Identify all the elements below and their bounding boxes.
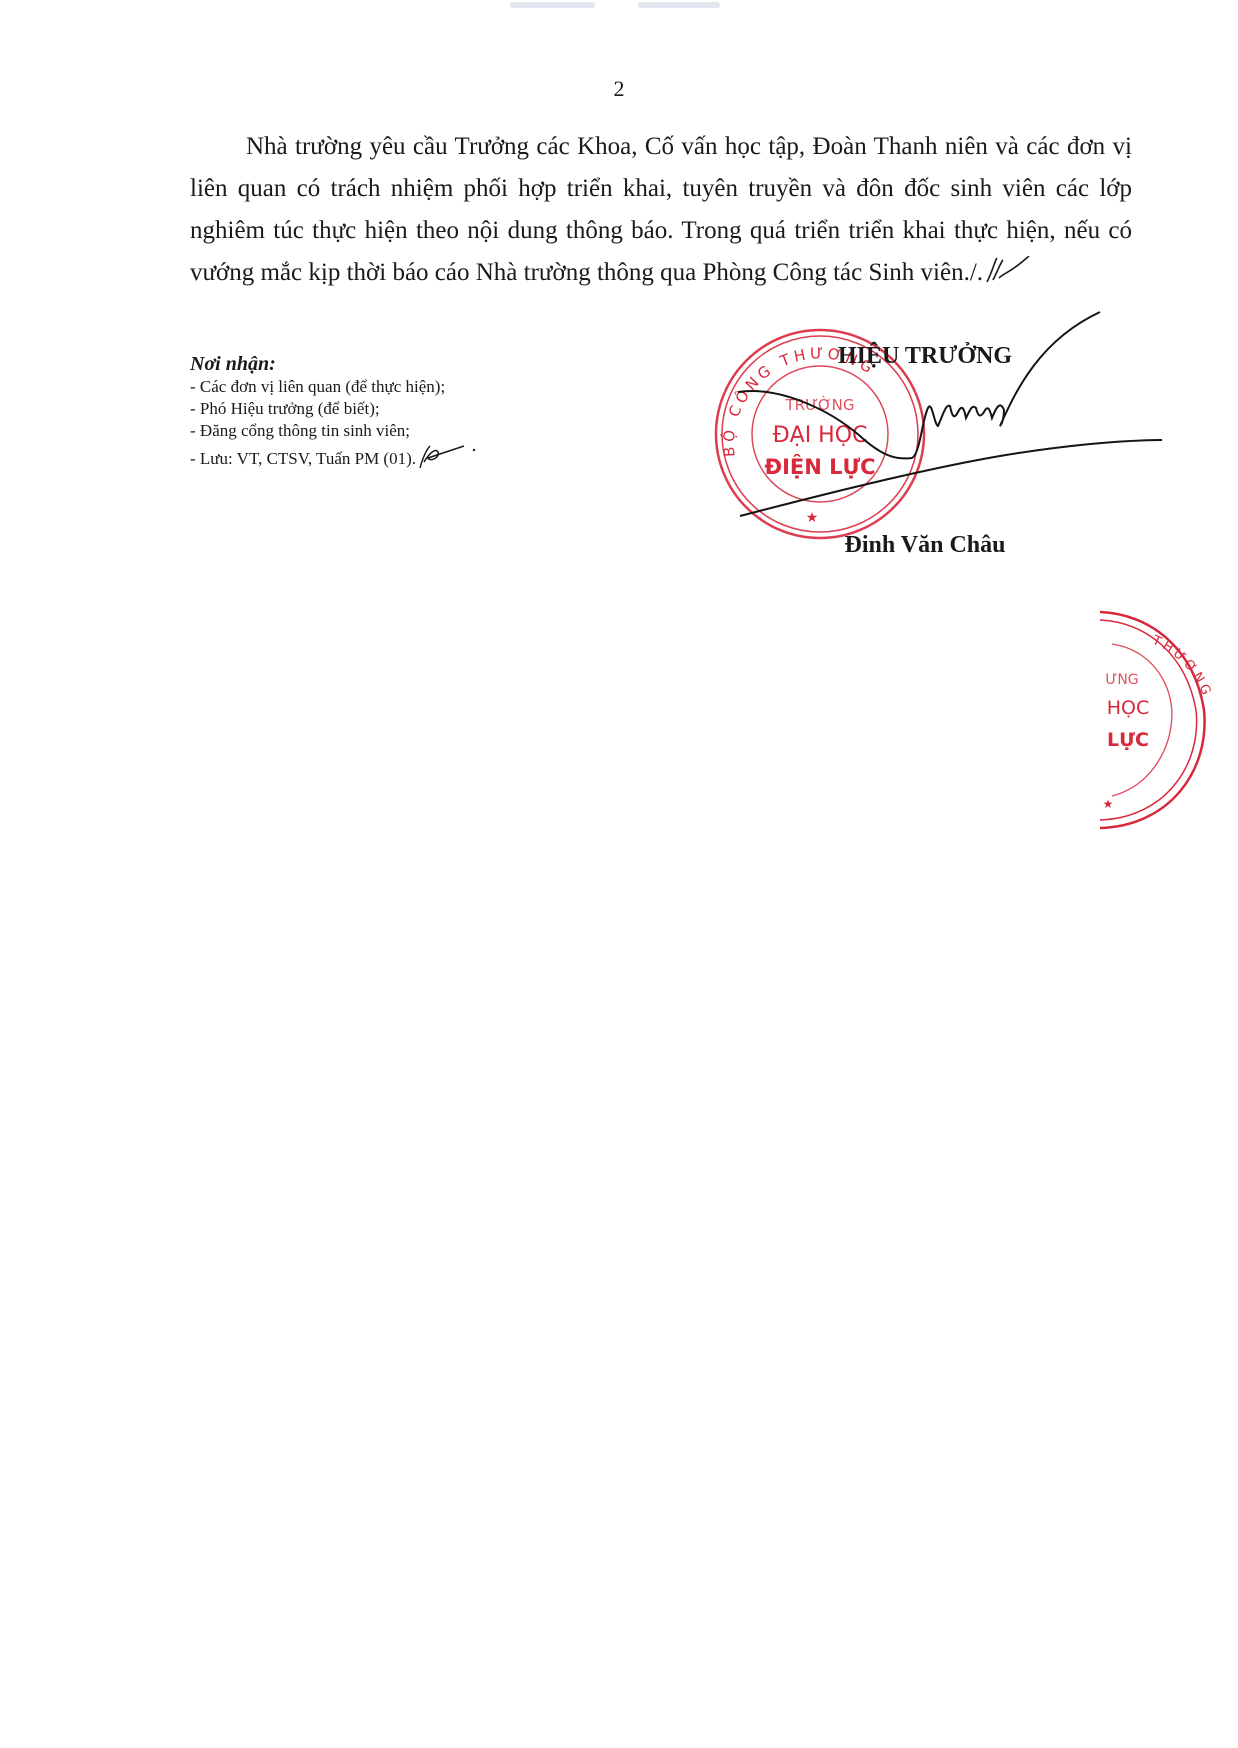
page-number: 2 bbox=[0, 76, 1238, 102]
partial-seal-line-1: ƯNG bbox=[1105, 672, 1138, 688]
seal-star: ★ bbox=[806, 510, 819, 526]
initials-mark-icon bbox=[983, 256, 1031, 284]
seal-line-2: ĐẠI HỌC bbox=[773, 423, 868, 448]
svg-text:THƯƠNG: THƯƠNG bbox=[1149, 633, 1214, 700]
initials-mark-icon bbox=[416, 442, 476, 470]
partial-seal-icon: THƯƠNG ƯNG HỌC LỰC ★ bbox=[1060, 600, 1238, 840]
scan-artifact bbox=[510, 2, 750, 12]
seal-line-3: ĐIỆN LỰC bbox=[765, 453, 876, 479]
recipients-block: Nơi nhận: - Các đơn vị liên quan (để thự… bbox=[190, 352, 610, 470]
body-paragraph: Nhà trường yêu cầu Trưởng các Khoa, Cố v… bbox=[190, 126, 1132, 294]
recipient-item-text: - Lưu: VT, CTSV, Tuấn PM (01). bbox=[190, 449, 416, 468]
partial-seal-star: ★ bbox=[1103, 797, 1114, 811]
signer-name: Đinh Văn Châu bbox=[760, 532, 1090, 559]
signer-title: HIỆU TRƯỞNG bbox=[760, 343, 1090, 370]
recipient-item: - Các đơn vị liên quan (để thực hiện); bbox=[190, 376, 610, 398]
recipient-item: - Lưu: VT, CTSV, Tuấn PM (01). bbox=[190, 442, 610, 470]
partial-seal-line-2: HỌC bbox=[1107, 697, 1150, 719]
recipient-item: - Phó Hiệu trưởng (để biết); bbox=[190, 398, 610, 420]
partial-seal-line-3: LỰC bbox=[1107, 729, 1149, 751]
seal-line-1: TRƯỜNG bbox=[785, 395, 855, 414]
recipient-item: - Đăng cổng thông tin sinh viên; bbox=[190, 420, 610, 442]
recipients-heading: Nơi nhận: bbox=[190, 352, 610, 376]
document-page: 2 Nhà trường yêu cầu Trưởng các Khoa, Cố… bbox=[0, 0, 1238, 1748]
